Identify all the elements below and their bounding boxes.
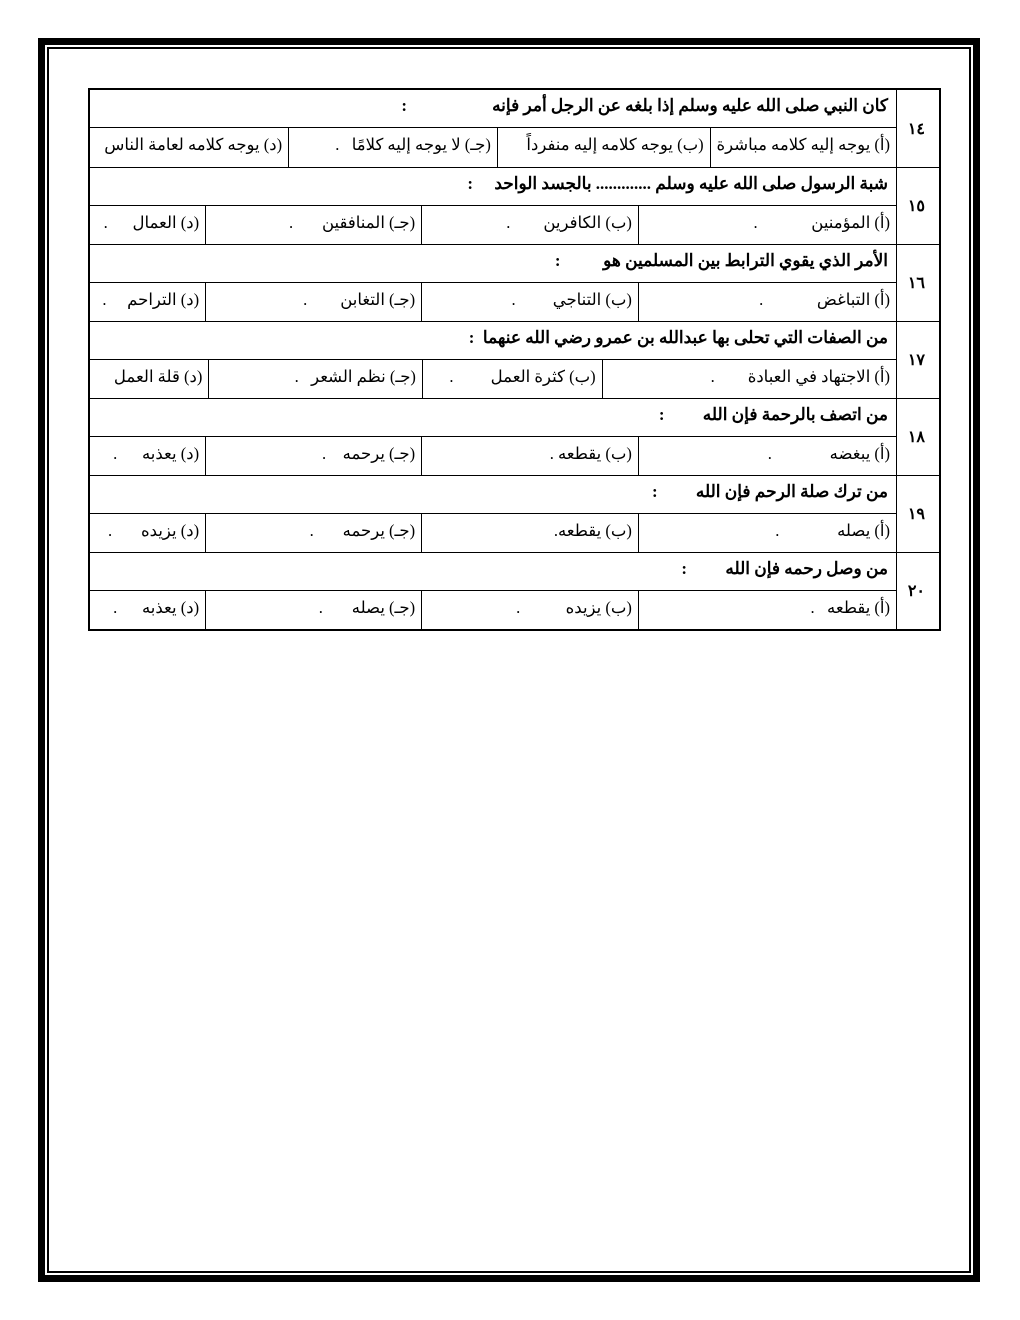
- question-block-16: ١٦ الأمر الذي يقوي الترابط بين المسلمين …: [90, 244, 939, 321]
- answer-option-b: (ب) يقطعه.: [422, 514, 639, 552]
- question-text: من وصل رحمه فإن الله :: [90, 553, 896, 591]
- question-text: شبة الرسول صلى الله عليه وسلم ..........…: [90, 168, 896, 206]
- question-number: ١٥: [896, 168, 939, 244]
- question-number: ١٤: [896, 90, 939, 167]
- question-block-19: ١٩ من ترك صلة الرحم فإن الله : (أ) يصله …: [90, 475, 939, 552]
- answer-option-c: (جـ) يرحمه .: [206, 437, 422, 475]
- question-block-17: ١٧ من الصفات التي تحلى بها عبدالله بن عم…: [90, 321, 939, 398]
- question-number: ١٦: [896, 245, 939, 321]
- question-table: ١٤ كان النبي صلى الله عليه وسلم إذا بلغه…: [88, 88, 941, 631]
- answer-option-a: (أ) الاجتهاد في العبادة .: [603, 360, 896, 398]
- answer-option-b: (ب) يقطعه .: [422, 437, 639, 475]
- question-text: من الصفات التي تحلى بها عبدالله بن عمرو …: [90, 322, 896, 360]
- answer-option-d: (د) قلة العمل .: [90, 360, 209, 398]
- answer-option-c: (جـ) المنافقين .: [206, 206, 422, 244]
- answer-option-d: (د) التراحم .: [90, 283, 206, 321]
- question-number: ١٨: [896, 399, 939, 475]
- options-row: (أ) الاجتهاد في العبادة . (ب) كثرة العمل…: [90, 360, 896, 398]
- answer-option-a: (أ) يبغضه .: [639, 437, 896, 475]
- options-row: (أ) يوجه إليه كلامه مباشرة (ب) يوجه كلام…: [90, 128, 896, 167]
- options-row: (أ) يبغضه . (ب) يقطعه . (جـ) يرحمه . (د)…: [90, 437, 896, 475]
- question-text: من ترك صلة الرحم فإن الله :: [90, 476, 896, 514]
- question-number: ١٧: [896, 322, 939, 398]
- answer-option-a: (أ) يصله .: [639, 514, 896, 552]
- answer-option-b: (ب) يزيده .: [422, 591, 639, 629]
- question-text: كان النبي صلى الله عليه وسلم إذا بلغه عن…: [90, 90, 896, 128]
- answer-option-c: (جـ) يصله .: [206, 591, 422, 629]
- answer-option-a: (أ) يقطعه .: [639, 591, 896, 629]
- answer-option-c: (جـ) نظم الشعر .: [209, 360, 423, 398]
- answer-option-c: (جـ) التغابن .: [206, 283, 422, 321]
- options-row: (أ) التباغض . (ب) التناجي . (جـ) التغابن…: [90, 283, 896, 321]
- question-text: الأمر الذي يقوي الترابط بين المسلمين هو …: [90, 245, 896, 283]
- question-main: من ترك صلة الرحم فإن الله : (أ) يصله . (…: [90, 476, 896, 552]
- question-main: من اتصف بالرحمة فإن الله : (أ) يبغضه . (…: [90, 399, 896, 475]
- answer-option-b: (ب) الكافرين .: [422, 206, 639, 244]
- question-block-15: ١٥ شبة الرسول صلى الله عليه وسلم .......…: [90, 167, 939, 244]
- answer-option-a: (أ) يوجه إليه كلامه مباشرة: [711, 128, 896, 167]
- answer-option-d: (د) يزيده .: [90, 514, 206, 552]
- options-row: (أ) يقطعه . (ب) يزيده . (جـ) يصله . (د) …: [90, 591, 896, 629]
- question-number: ١٩: [896, 476, 939, 552]
- answer-option-d: (د) يعذبه .: [90, 437, 206, 475]
- answer-option-d: (د) يعذبه .: [90, 591, 206, 629]
- answer-option-a: (أ) المؤمنين .: [639, 206, 896, 244]
- question-block-20: ٢٠ من وصل رحمه فإن الله : (أ) يقطعه . (ب…: [90, 552, 939, 629]
- question-block-14: ١٤ كان النبي صلى الله عليه وسلم إذا بلغه…: [90, 90, 939, 167]
- answer-option-d: (د) العمال .: [90, 206, 206, 244]
- options-row: (أ) يصله . (ب) يقطعه. (جـ) يرحمه . (د) ي…: [90, 514, 896, 552]
- answer-option-a: (أ) التباغض .: [639, 283, 896, 321]
- question-text: من اتصف بالرحمة فإن الله :: [90, 399, 896, 437]
- question-main: من الصفات التي تحلى بها عبدالله بن عمرو …: [90, 322, 896, 398]
- question-main: من وصل رحمه فإن الله : (أ) يقطعه . (ب) ي…: [90, 553, 896, 629]
- options-row: (أ) المؤمنين . (ب) الكافرين . (جـ) المنا…: [90, 206, 896, 244]
- answer-option-b: (ب) يوجه كلامه إليه منفرداً: [498, 128, 711, 167]
- question-block-18: ١٨ من اتصف بالرحمة فإن الله : (أ) يبغضه …: [90, 398, 939, 475]
- question-main: الأمر الذي يقوي الترابط بين المسلمين هو …: [90, 245, 896, 321]
- answer-option-d: (د) يوجه كلامه لعامة الناس: [90, 128, 289, 167]
- answer-option-c: (جـ) يرحمه .: [206, 514, 422, 552]
- exam-page: { "colors":{ "frame":"#000000", "line":"…: [0, 0, 1020, 1320]
- answer-option-b: (ب) التناجي .: [422, 283, 639, 321]
- answer-option-b: (ب) كثرة العمل .: [423, 360, 603, 398]
- question-main: كان النبي صلى الله عليه وسلم إذا بلغه عن…: [90, 90, 896, 167]
- question-main: شبة الرسول صلى الله عليه وسلم ..........…: [90, 168, 896, 244]
- answer-option-c: (جـ) لا يوجه إليه كلامًا .: [289, 128, 498, 167]
- question-number: ٢٠: [896, 553, 939, 629]
